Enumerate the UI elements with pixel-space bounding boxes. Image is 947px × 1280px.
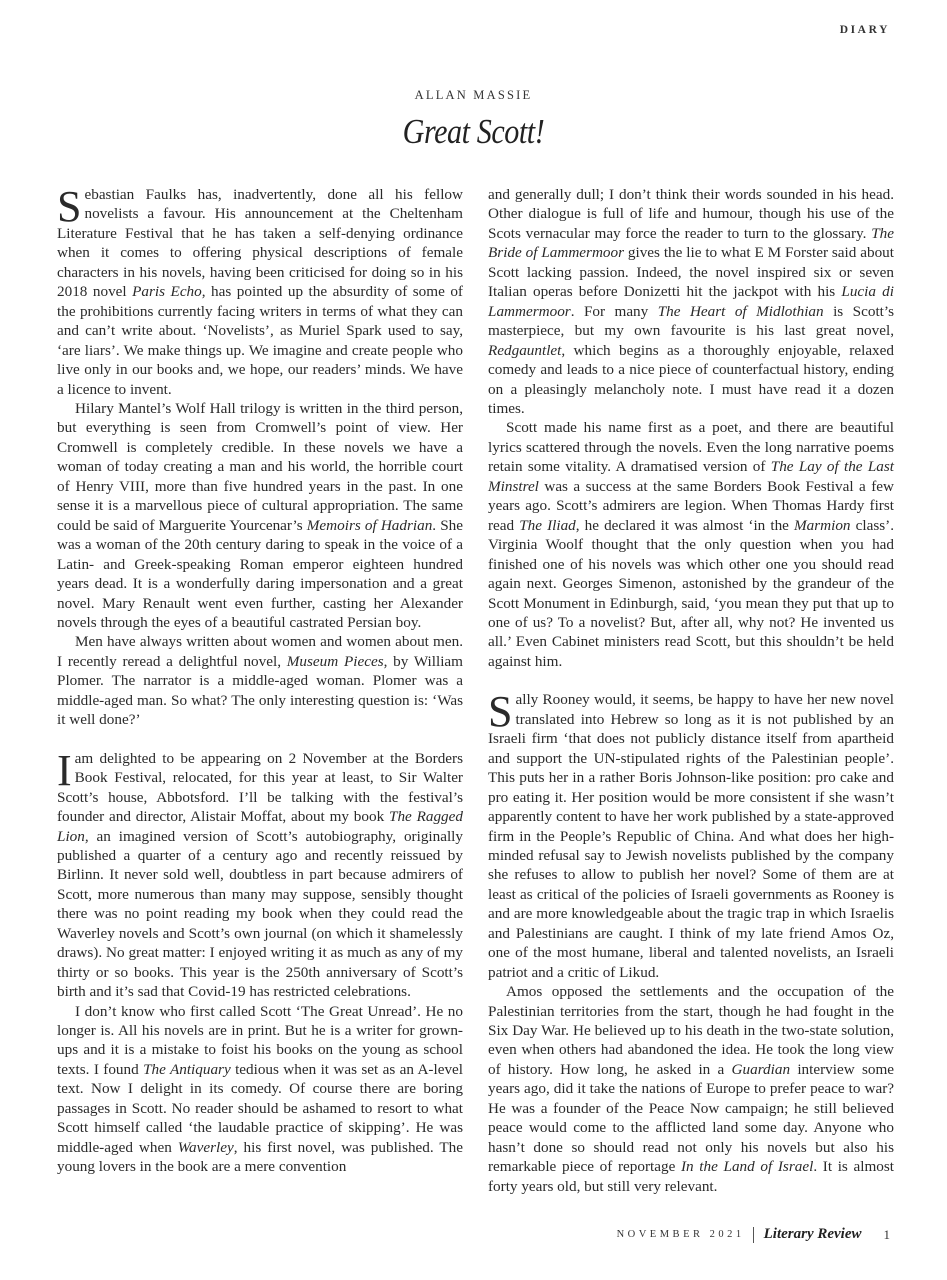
paragraph: I don’t know who first called Scott ‘The…	[57, 1002, 463, 1177]
drop-cap: S	[488, 692, 512, 728]
publication-name: Guardian	[732, 1061, 791, 1078]
page-number: 1	[884, 1227, 891, 1243]
footer-divider	[753, 1227, 754, 1243]
issue-date: NOVEMBER 2021	[617, 1229, 745, 1240]
book-title: Redgauntlet	[488, 342, 561, 359]
book-title: Paris Echo	[132, 283, 202, 300]
paragraph: Amos opposed the settlements and the occ…	[488, 982, 894, 1196]
right-column: and generally dull; I don’t think their …	[488, 185, 894, 1196]
paragraph: and generally dull; I don’t think their …	[488, 185, 894, 418]
drop-cap: S	[57, 187, 81, 223]
magazine-name: Literary Review	[764, 1226, 862, 1243]
paragraph: Scott made his name first as a poet, and…	[488, 418, 894, 671]
paragraph: Iam delighted to be appearing on 2 Novem…	[57, 749, 463, 1002]
book-title: Marmion	[794, 517, 851, 534]
left-column: Sebastian Faulks has, inadvertently, don…	[57, 185, 463, 1177]
author-byline: ALLAN MASSIE	[0, 88, 947, 103]
page-footer: NOVEMBER 2021 Literary Review 1	[617, 1226, 890, 1243]
paragraph: Hilary Mantel’s Wolf Hall trilogy is wri…	[57, 399, 463, 632]
book-title: In the Land of Israel	[681, 1158, 813, 1175]
book-title: Memoirs of Hadrian	[307, 517, 433, 534]
paragraph: Sebastian Faulks has, inadvertently, don…	[57, 185, 463, 399]
paragraph: Sally Rooney would, it seems, be happy t…	[488, 690, 894, 982]
book-title: The Heart of Midlothian	[658, 303, 824, 320]
paragraph: Men have always written about women and …	[57, 632, 463, 729]
book-title: The Antiquary	[143, 1061, 231, 1078]
article-title: Great Scott!	[66, 112, 880, 152]
section-label: DIARY	[840, 24, 890, 36]
book-title: Waverley	[178, 1139, 234, 1156]
book-title: The Iliad	[519, 517, 576, 534]
book-title: Museum Pieces	[287, 653, 384, 670]
drop-cap: I	[57, 751, 72, 787]
